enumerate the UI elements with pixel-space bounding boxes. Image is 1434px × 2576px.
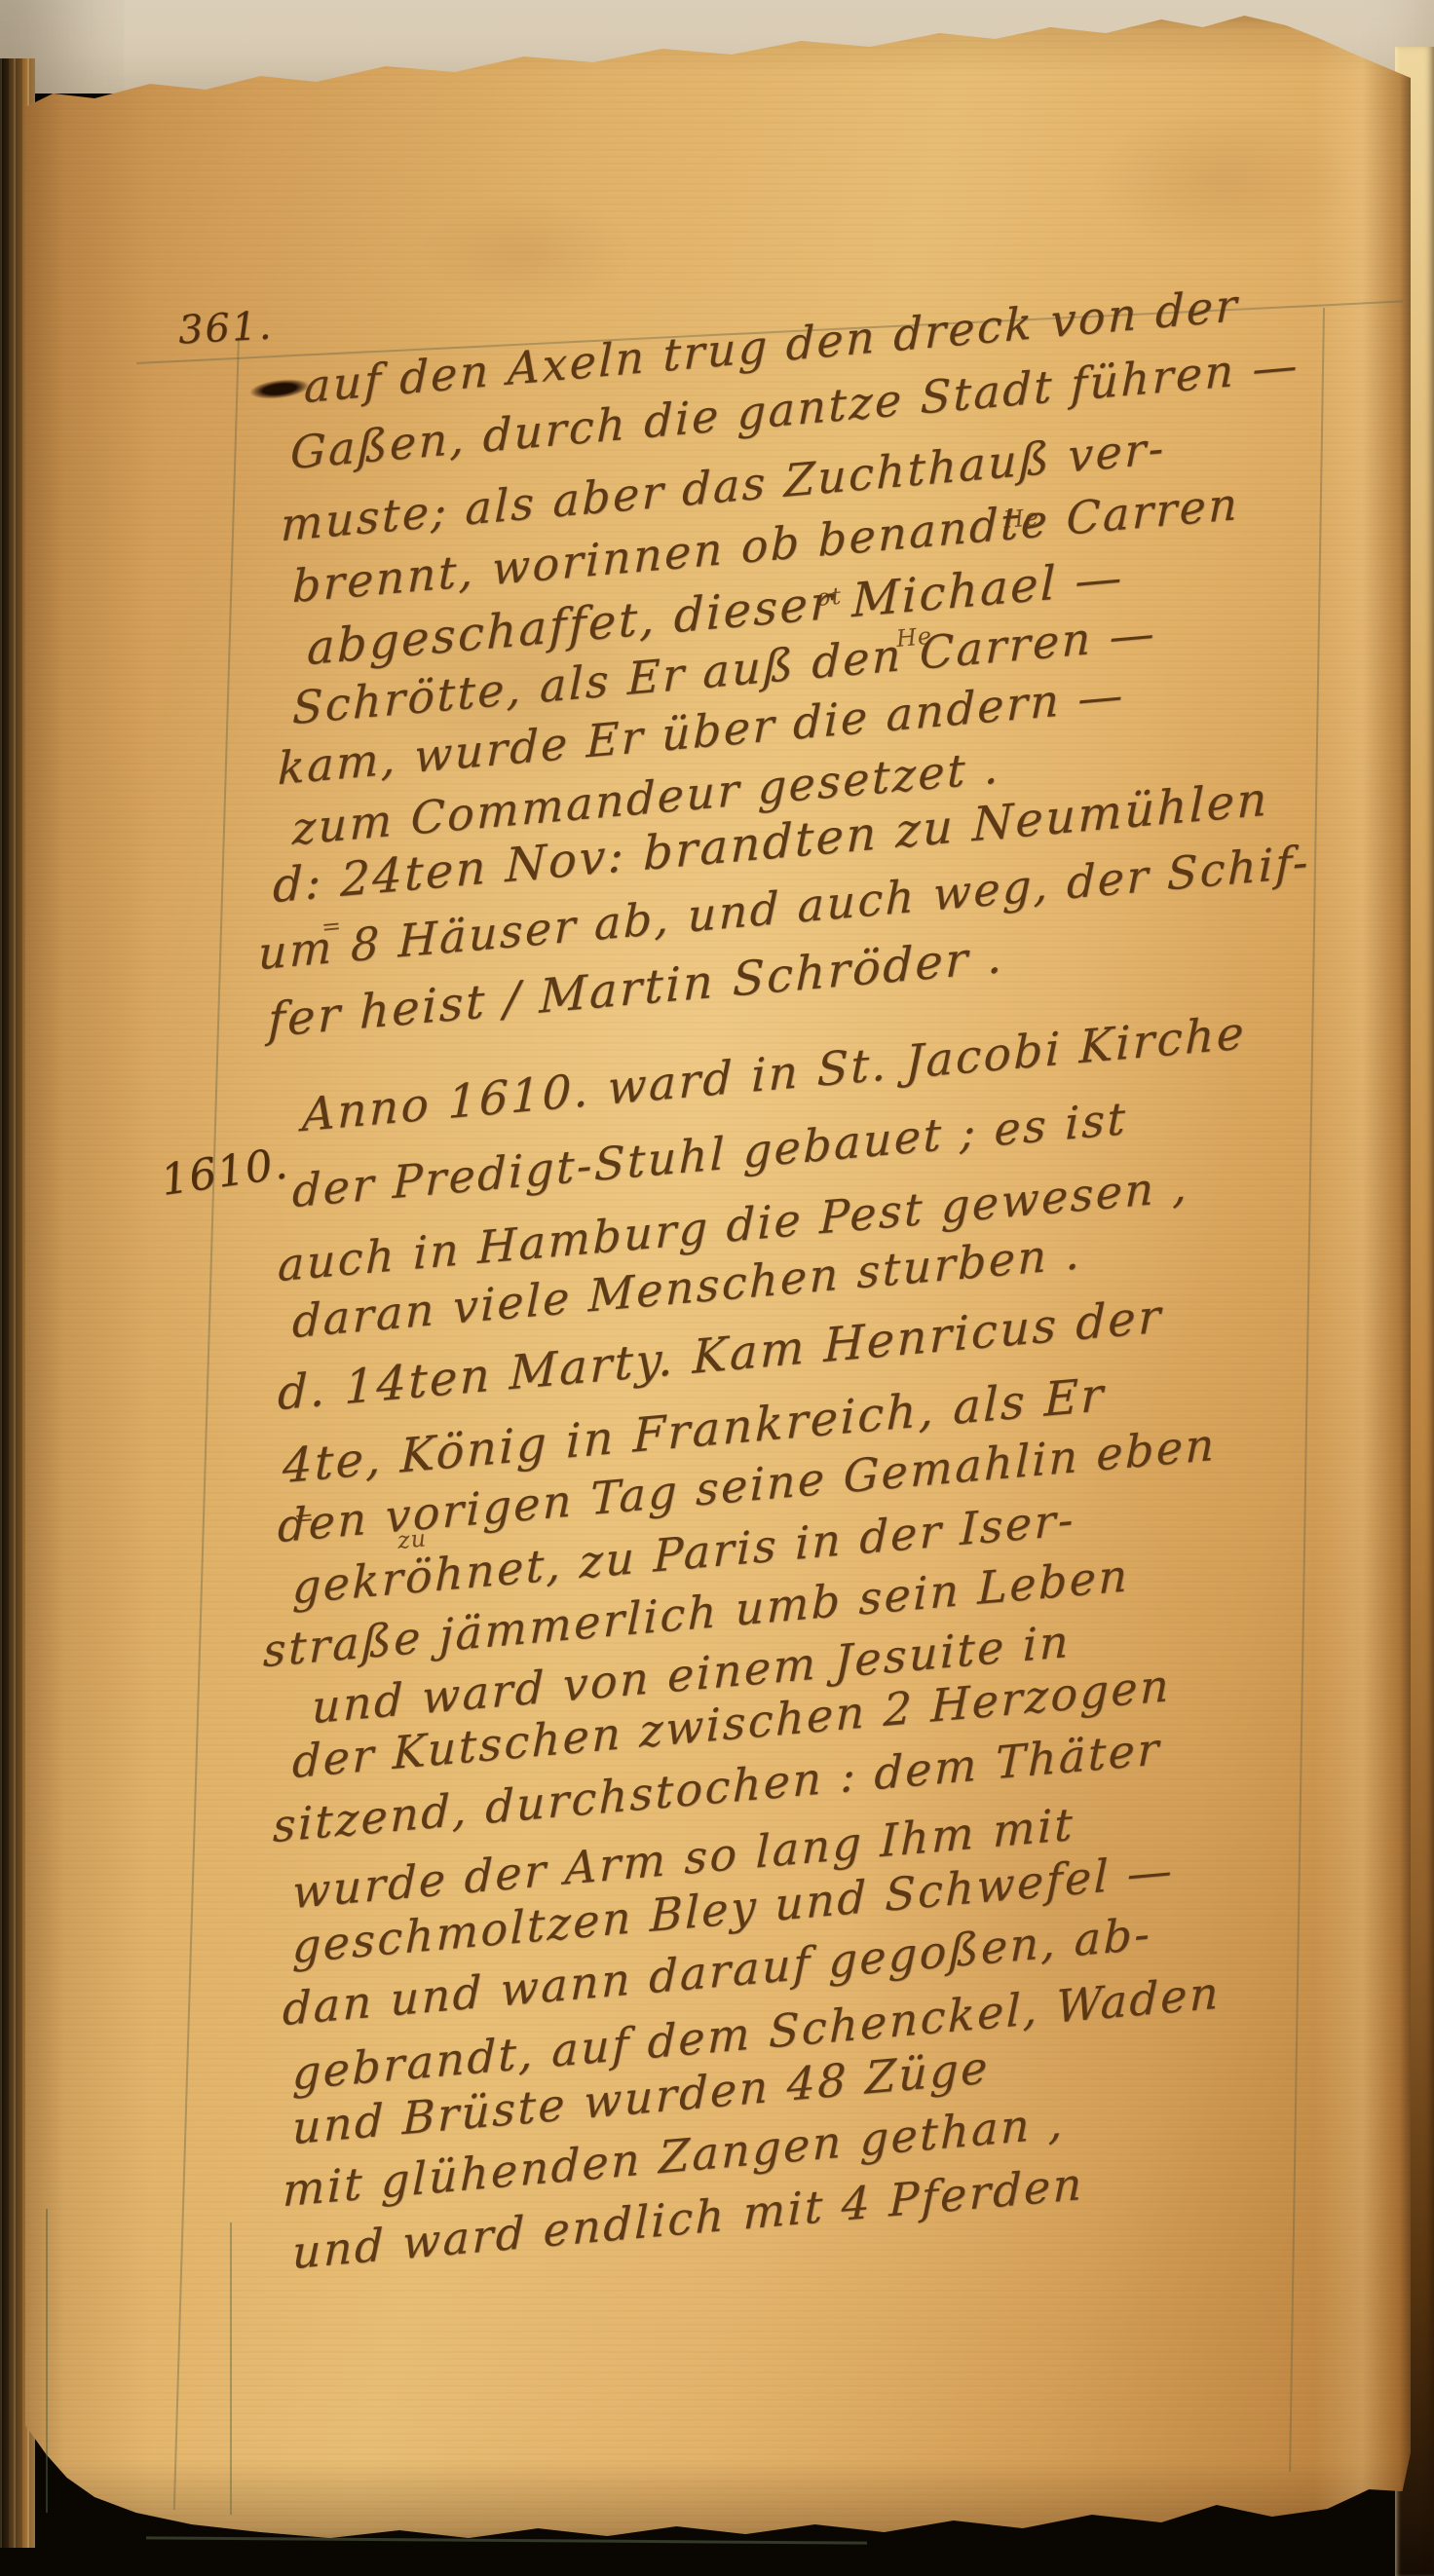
left-edge-rule-line xyxy=(46,2209,48,2513)
interline-mark: ot xyxy=(815,582,843,612)
interline-mark: = xyxy=(293,1503,316,1532)
bottom-page-edge-highlight xyxy=(146,2536,867,2544)
folio-page-number: 361. xyxy=(177,303,274,353)
interline-mark: He xyxy=(1002,504,1040,534)
interline-mark: = xyxy=(321,912,343,941)
manuscript-photo: { "page": { "folio_number": "361.", "mar… xyxy=(0,0,1434,2576)
interline-mark: He xyxy=(895,622,933,653)
left-margin-rule-line-secondary xyxy=(230,2222,232,2515)
interline-mark: zu xyxy=(396,1524,428,1554)
